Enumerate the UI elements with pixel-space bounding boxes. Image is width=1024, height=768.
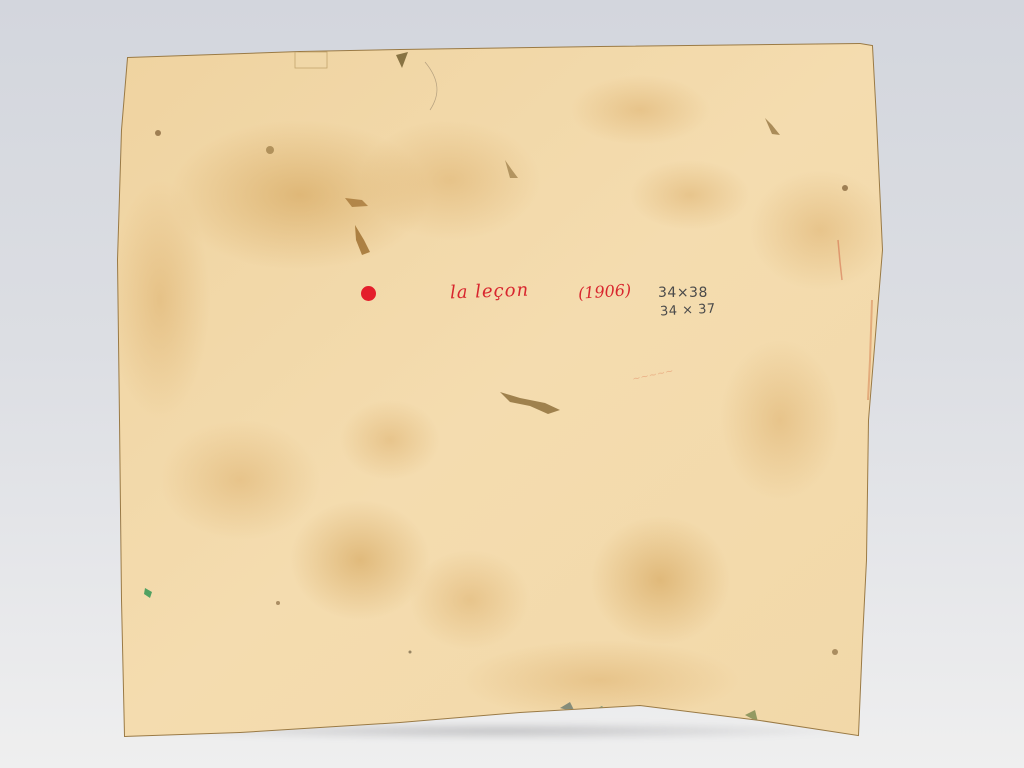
red-dot-sticker — [361, 286, 376, 301]
board-shape — [0, 0, 1024, 768]
artwork-back-board: la leçon (1906) 34×38 34 × 37 ~~~~~ — [0, 0, 1024, 768]
photo-scene: la leçon (1906) 34×38 34 × 37 ~~~~~ — [0, 0, 1024, 768]
